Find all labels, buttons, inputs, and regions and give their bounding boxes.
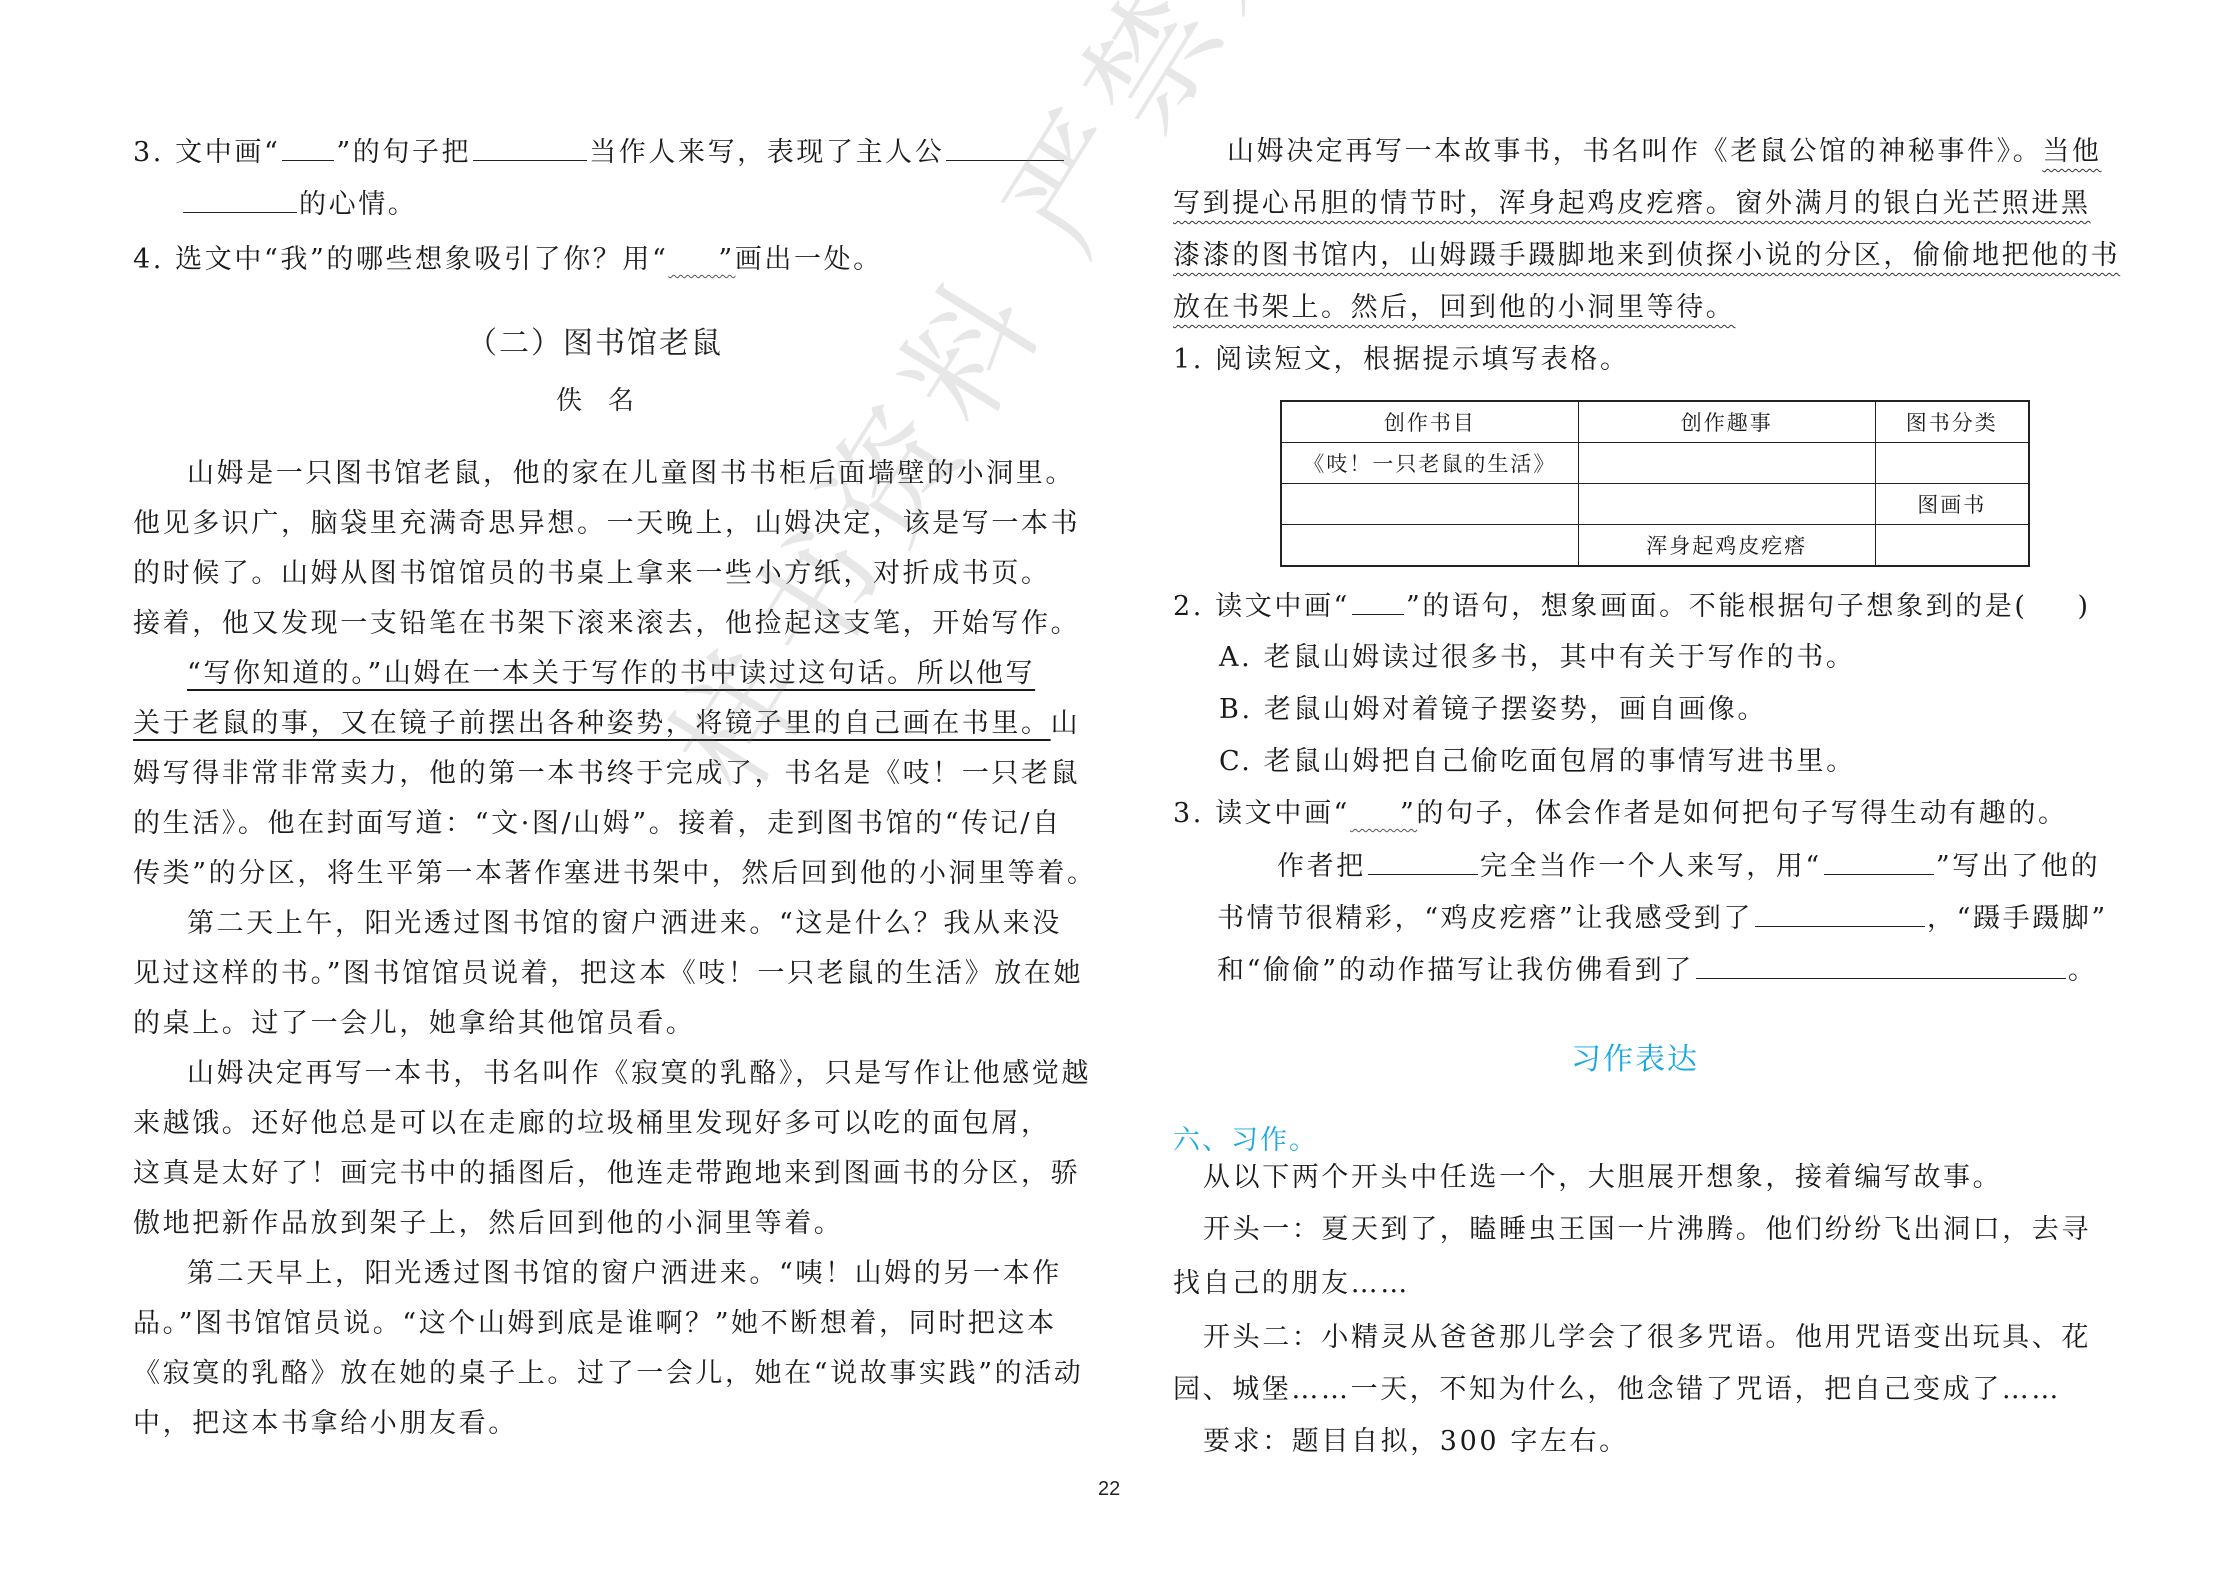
writing-task-label: 六、习作。 bbox=[1173, 1118, 1318, 1157]
answer-blank[interactable] bbox=[946, 134, 1064, 161]
question-text: 当作人来写，表现了主人公 bbox=[589, 137, 944, 168]
table-cell: 图画书 bbox=[1875, 484, 2029, 525]
opening-2: 开头二：小精灵从爸爸那儿学会了很多咒语。他用咒语变出玩具、花 bbox=[1173, 1320, 2097, 1356]
question-number: 2. bbox=[1173, 591, 1204, 622]
underline-marker bbox=[282, 134, 334, 161]
question-number: 3. bbox=[1173, 798, 1204, 829]
underlined-sentence: “写你知道的。”山姆在一本关于写作的书中读过这句话。所以他写 bbox=[187, 658, 1035, 689]
paragraph-line: 这真是太好了！画完书中的插图后，他连走带跑地来到图画书的分区，骄 bbox=[133, 1156, 1057, 1192]
paragraph-line: 傲地把新作品放到架子上，然后回到他的小洞里等着。 bbox=[133, 1206, 1057, 1242]
question-number: 3. bbox=[133, 137, 164, 168]
answer-blank[interactable] bbox=[473, 134, 587, 161]
table-header: 创作趣事 bbox=[1578, 401, 1875, 443]
paragraph-line: 接着，他又发现一支铅笔在书架下滚来滚去，他捡起这支笔，开始写作。 bbox=[133, 606, 1057, 642]
answer-blank[interactable] bbox=[1755, 900, 1925, 927]
paragraph-line: 传类”的分区，将生平第一本著作塞进书架中，然后回到他的小洞里等着。 bbox=[133, 856, 1057, 892]
paragraph-line: 品。”图书馆馆员说。“这个山姆到底是谁啊？”她不断想着，同时把这本 bbox=[133, 1306, 1057, 1342]
question-text: 阅读短文，根据提示填写表格。 bbox=[1215, 344, 1629, 375]
fill-text: 完全当作一个人来写，用“ bbox=[1480, 851, 1822, 882]
writing-requirement: 要求：题目自拟，300 字左右。 bbox=[1173, 1424, 2097, 1460]
table-row: 图画书 bbox=[1281, 484, 2029, 525]
table-cell-blank[interactable] bbox=[1578, 484, 1875, 525]
question-text: ”的句子把 bbox=[336, 137, 471, 168]
fill-text: ，“蹑手蹑脚” bbox=[1927, 903, 2108, 934]
fill-line-3: 和“偷偷”的动作描写让我仿佛看到了。 bbox=[1173, 952, 2097, 989]
table-header: 创作书目 bbox=[1281, 401, 1578, 443]
fill-text: 。 bbox=[2068, 955, 2098, 986]
question-text: 的心情。 bbox=[299, 189, 417, 220]
question-3: 3. 读文中画“ ”的句子，体会作者是如何把句子写得生动有趣的。 bbox=[1173, 796, 2097, 832]
table-cell-blank[interactable] bbox=[1281, 484, 1578, 525]
paragraph-line: 山姆是一只图书馆老鼠，他的家在儿童图书书柜后面墙壁的小洞里。 bbox=[133, 456, 1057, 492]
paragraph-line: 山姆决定再写一本书，书名叫作《寂寞的乳酪》，只是写作让他感觉越 bbox=[133, 1056, 1057, 1092]
table-cell-blank[interactable] bbox=[1875, 525, 2029, 567]
question-text: ”的语句，想象画面。不能根据句子想象到的是( bbox=[1406, 591, 2028, 622]
answer-blank[interactable] bbox=[183, 186, 297, 213]
underlined-sentence: 关于老鼠的事，又在镜子前摆出各种姿势，将镜子里的自己画在书里。 bbox=[133, 708, 1051, 739]
fill-text: 和“偷偷”的动作描写让我仿佛看到了 bbox=[1217, 955, 1694, 986]
wavy-underlined-sentence: 漆漆的图书馆内，山姆蹑手蹑脚地来到侦探小说的分区，偷偷地把他的书 bbox=[1173, 240, 2120, 271]
question-text: 读文中画“ bbox=[1215, 591, 1350, 622]
answer-blank[interactable] bbox=[1368, 848, 1478, 875]
passage-line: 山姆决定再写一本故事书，书名叫作《老鼠公馆的神秘事件》。当他 bbox=[1173, 134, 2097, 170]
fill-line-2: 书情节很精彩，“鸡皮疙瘩”让我感受到了，“蹑手蹑脚” bbox=[1173, 900, 2097, 937]
fill-text: 书情节很精彩，“鸡皮疙瘩”让我感受到了 bbox=[1217, 903, 1753, 934]
paragraph-line: 的桌上。过了一会儿，她拿给其他馆员看。 bbox=[133, 1006, 1057, 1042]
wavy-underlined-sentence: 放在书架上。然后，回到他的小洞里等待。 bbox=[1173, 292, 1735, 323]
paragraph-line: 《寂寞的乳酪》放在她的桌子上。过了一会儿，她在“说故事实践”的活动 bbox=[133, 1356, 1057, 1392]
table-cell-blank[interactable] bbox=[1281, 525, 1578, 567]
table-header: 图书分类 bbox=[1875, 401, 2029, 443]
table-row: 《吱！一只老鼠的生活》 bbox=[1281, 443, 2029, 484]
question-text: 选文中“我”的哪些想象吸引了你？用“ bbox=[175, 244, 668, 275]
option-text: 老鼠山姆对着镜子摆姿势，画自画像。 bbox=[1264, 694, 1767, 725]
option-text: 老鼠山姆读过很多书，其中有关于写作的书。 bbox=[1263, 642, 1855, 673]
underline-marker bbox=[1352, 588, 1404, 615]
passage-line: 写到提心吊胆的情节时，浑身起鸡皮疙瘩。窗外满月的银白光芒照进黑 bbox=[1173, 186, 2097, 222]
table-cell-blank[interactable] bbox=[1875, 443, 2029, 484]
paragraph-line: 姆写得非常非常卖力，他的第一本书终于完成了，书名是《吱！一只老鼠 bbox=[133, 756, 1057, 792]
paragraph-line: 第二天早上，阳光透过图书馆的窗户洒进来。“咦！山姆的另一本作 bbox=[133, 1256, 1057, 1292]
wavy-underline-marker bbox=[668, 242, 718, 268]
table-cell: 《吱！一只老鼠的生活》 bbox=[1281, 443, 1578, 484]
option-b[interactable]: B. 老鼠山姆对着镜子摆姿势，画自画像。 bbox=[1173, 692, 2097, 728]
table-header-row: 创作书目 创作趣事 图书分类 bbox=[1281, 401, 2029, 443]
paragraph-line: 的时候了。山姆从图书馆馆员的书桌上拿来一些小方纸，对折成书页。 bbox=[133, 556, 1057, 592]
paragraph-line-underlined: 关于老鼠的事，又在镜子前摆出各种姿势，将镜子里的自己画在书里。山 bbox=[133, 706, 1057, 742]
opening-1: 开头一：夏天到了，瞌睡虫王国一片沸腾。他们纷纷飞出洞口，去寻 bbox=[1173, 1212, 2097, 1248]
page-number: 22 bbox=[1098, 1478, 1120, 1501]
answer-blank[interactable] bbox=[1696, 952, 2066, 979]
passage-text: 山姆决定再写一本故事书，书名叫作《老鼠公馆的神秘事件》。 bbox=[1227, 136, 2042, 167]
section-heading: 习作表达 bbox=[1173, 1034, 2097, 1078]
opening-1-cont: 找自己的朋友…… bbox=[1173, 1266, 2097, 1302]
passage-line: 漆漆的图书馆内，山姆蹑手蹑脚地来到侦探小说的分区，偷偷地把他的书 bbox=[1173, 238, 2097, 274]
left-page: 3. 文中画“”的句子把当作人来写，表现了主人公 的心情。 4. 选文中“我”的… bbox=[133, 0, 1057, 1571]
option-label: B. bbox=[1219, 694, 1253, 725]
question-text: ”的句子，体会作者是如何把句子写得生动有趣的。 bbox=[1400, 798, 2068, 829]
option-c[interactable]: C. 老鼠山姆把自己偷吃面包屑的事情写进书里。 bbox=[1173, 744, 2097, 780]
question-number: 4. bbox=[133, 244, 164, 275]
paragraph-line: 的生活》。他在封面写道：“文·图/山姆”。接着，走到图书馆的“传记/自 bbox=[133, 806, 1057, 842]
fill-line-1: 作者把完全当作一个人来写，用“”写出了他的 bbox=[1173, 848, 2097, 885]
question-2: 2. 读文中画“”的语句，想象画面。不能根据句子想象到的是() bbox=[1173, 588, 2097, 625]
paragraph-line: 来越饿。还好他总是可以在走廊的垃圾桶里发现好多可以吃的面包屑， bbox=[133, 1106, 1057, 1142]
question-text: 文中画“ bbox=[175, 137, 280, 168]
wavy-underlined-sentence: 写到提心吊胆的情节时，浑身起鸡皮疙瘩。窗外满月的银白光芒照进黑 bbox=[1173, 188, 2091, 219]
wavy-underlined-sentence: 当他 bbox=[2042, 136, 2101, 167]
writing-intro: 从以下两个开头中任选一个，大胆展开想象，接着编写故事。 bbox=[1173, 1160, 2097, 1196]
paragraph-text: 山 bbox=[1051, 708, 1081, 739]
question-text: 读文中画“ bbox=[1215, 798, 1350, 829]
question-3-cont: 的心情。 bbox=[133, 186, 1057, 223]
fill-text: 作者把 bbox=[1277, 851, 1366, 882]
question-number: 1. bbox=[1173, 344, 1204, 375]
story-author: 佚名 bbox=[133, 380, 1057, 417]
answer-blank[interactable] bbox=[1824, 848, 1934, 875]
option-label: C. bbox=[1219, 746, 1252, 777]
option-text: 老鼠山姆把自己偷吃面包屑的事情写进书里。 bbox=[1264, 746, 1856, 777]
option-label: A. bbox=[1219, 642, 1252, 673]
opening-2-cont: 园、城堡……一天，不知为什么，他念错了咒语，把自己变成了…… bbox=[1173, 1372, 2097, 1408]
wavy-underline-marker bbox=[1350, 796, 1400, 822]
passage-line: 放在书架上。然后，回到他的小洞里等待。 bbox=[1173, 290, 2097, 326]
question-4: 4. 选文中“我”的哪些想象吸引了你？用“ ”画出一处。 bbox=[133, 242, 1057, 278]
story-title: （二）图书馆老鼠 bbox=[133, 318, 1057, 362]
question-text: ) bbox=[2078, 591, 2091, 622]
question-3: 3. 文中画“”的句子把当作人来写，表现了主人公 bbox=[133, 134, 1057, 171]
paragraph-line: 第二天上午，阳光透过图书馆的窗户洒进来。“这是什么？我从来没 bbox=[133, 906, 1057, 942]
table-row: 浑身起鸡皮疙瘩 bbox=[1281, 525, 2029, 567]
option-a[interactable]: A. 老鼠山姆读过很多书，其中有关于写作的书。 bbox=[1173, 640, 2097, 676]
table-cell: 浑身起鸡皮疙瘩 bbox=[1578, 525, 1875, 567]
table-cell-blank[interactable] bbox=[1578, 443, 1875, 484]
question-1: 1. 阅读短文，根据提示填写表格。 bbox=[1173, 342, 2097, 378]
paragraph-line: 见过这样的书。”图书馆馆员说着，把这本《吱！一只老鼠的生活》放在她 bbox=[133, 956, 1057, 992]
paragraph-line-underlined: “写你知道的。”山姆在一本关于写作的书中读过这句话。所以他写 bbox=[133, 656, 1057, 692]
paragraph-line: 中，把这本书拿给小朋友看。 bbox=[133, 1406, 1057, 1442]
paragraph-line: 他见多识广，脑袋里充满奇思异想。一天晚上，山姆决定，该是写一本书 bbox=[133, 506, 1057, 542]
fill-text: ”写出了他的 bbox=[1936, 851, 2100, 882]
right-page: 山姆决定再写一本故事书，书名叫作《老鼠公馆的神秘事件》。当他 写到提心吊胆的情节… bbox=[1173, 0, 2097, 1571]
question-text: ”画出一处。 bbox=[718, 244, 882, 275]
fill-in-table: 创作书目 创作趣事 图书分类 《吱！一只老鼠的生活》 图画书 浑身起鸡皮疙瘩 bbox=[1280, 400, 2030, 567]
